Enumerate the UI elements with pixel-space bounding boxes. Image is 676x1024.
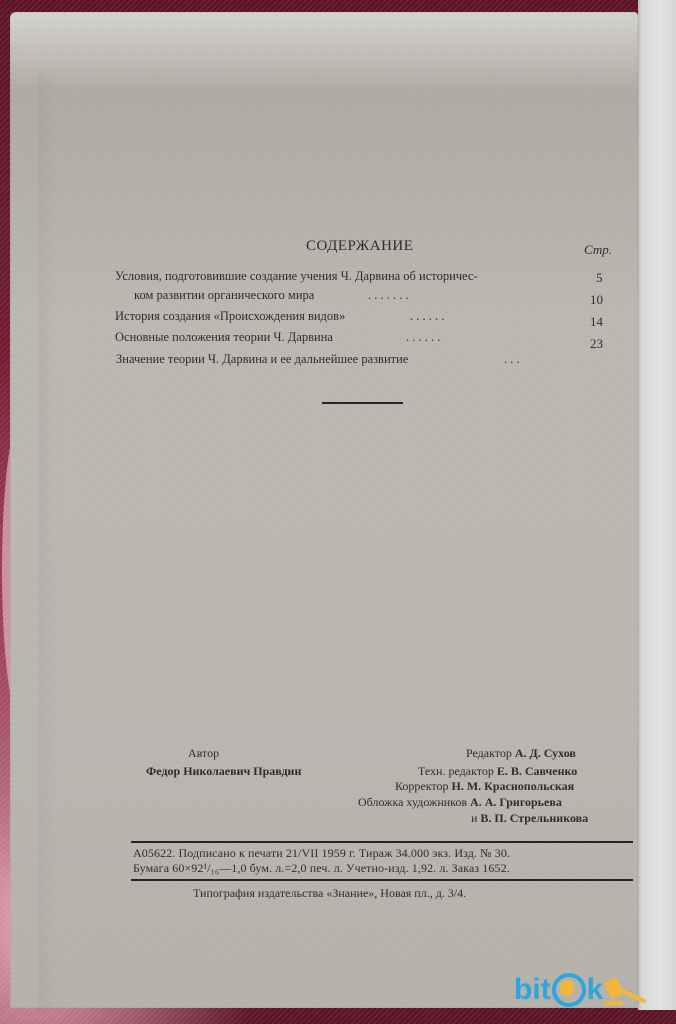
proofreader-name: Н. М. Краснопольская xyxy=(452,779,575,793)
author-label: Автор xyxy=(188,746,219,761)
cover-artist-2: В. П. Стрельникова xyxy=(480,811,588,825)
toc-entry-page: 23 xyxy=(590,336,603,352)
toc-entry-page: 10 xyxy=(590,292,603,308)
cover-credit-cont: и В. П. Стрельникова xyxy=(471,811,588,826)
toc-title: СОДЕРЖАНИЕ xyxy=(306,238,413,255)
cover-joiner: и xyxy=(471,811,477,825)
toc-leader-dots: . . . . . . xyxy=(406,330,440,345)
toc-page-column-label: Стр. xyxy=(584,242,612,258)
toc-entry-line: Значение теории Ч. Дарвина и ее дальнейш… xyxy=(116,352,408,367)
cover-label: Обложка художников xyxy=(358,795,467,809)
tech-editor-name: Е. В. Савченко xyxy=(497,764,577,778)
tech-editor-label: Техн. редактор xyxy=(418,764,494,778)
watermark-logo: bit k xyxy=(514,970,645,1010)
logo-text-end: k xyxy=(587,973,604,1007)
toc-leader-dots: . . . . . . xyxy=(410,309,444,324)
printing-house: Типография издательства «Знание», Новая … xyxy=(193,886,466,901)
separator-rule xyxy=(322,402,403,404)
proofreader-label: Корректор xyxy=(395,779,449,793)
editor-label: Редактор xyxy=(466,746,512,760)
gavel-icon xyxy=(605,975,645,1005)
toc-leader-dots: . . . xyxy=(504,352,520,367)
editor-credit: Редактор А. Д. Сухов xyxy=(466,746,576,761)
toc-entry-page: 14 xyxy=(590,314,603,330)
proofreader-credit: Корректор Н. М. Краснопольская xyxy=(395,779,574,794)
toc-leader-dots: . . . . . . . xyxy=(368,288,409,303)
logo-text: bit xyxy=(514,973,551,1007)
page-shadow xyxy=(38,72,58,1012)
imprint-line-2: Бумага 60×92¹/₁₆—1,0 бум. л.=2,0 печ. л.… xyxy=(133,861,510,876)
adjacent-page xyxy=(638,0,676,1010)
toc-entry-line: ком развитии органического мира xyxy=(134,288,314,303)
imprint-box: А05622. Подписано к печати 21/VII 1959 г… xyxy=(131,841,633,881)
toc-entry-page: 5 xyxy=(596,270,603,286)
cover-credit: Обложка художников А. А. Григорьева xyxy=(358,795,562,810)
toc-entry-line: Основные положения теории Ч. Дарвина xyxy=(115,330,333,345)
book-page: СОДЕРЖАНИЕ Стр. Условия, подготовившие с… xyxy=(10,12,638,1008)
imprint-line-1: А05622. Подписано к печати 21/VII 1959 г… xyxy=(133,846,510,861)
ok-hand-icon xyxy=(552,973,586,1007)
author-name: Федор Николаевич Правдин xyxy=(146,764,301,779)
editor-name: А. Д. Сухов xyxy=(515,746,576,760)
toc-entry-line: Условия, подготовившие создание учения Ч… xyxy=(115,269,478,284)
toc-entry-line: История создания «Происхождения видов» xyxy=(115,309,345,324)
cover-artist-1: А. А. Григорьева xyxy=(470,795,562,809)
tech-editor-credit: Техн. редактор Е. В. Савченко xyxy=(418,764,577,779)
